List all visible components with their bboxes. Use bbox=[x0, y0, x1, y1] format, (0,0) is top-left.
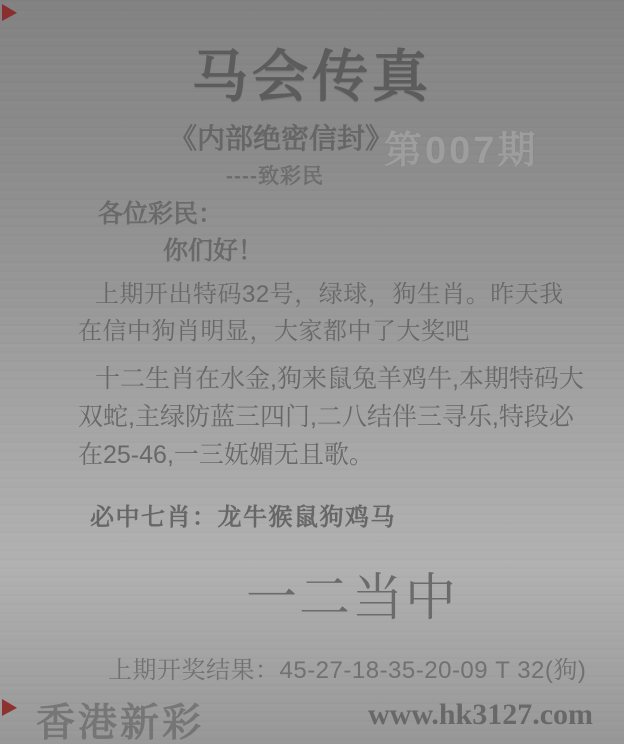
page-title: 马会传真 bbox=[0, 33, 624, 113]
dedication-line: ----致彩民 bbox=[226, 160, 324, 190]
paragraph-last-draw-line: 在信中狗肖明显，大家都中了大奖吧 bbox=[78, 313, 578, 350]
paragraph-last-draw-line: 上期开出特码32号，绿球，狗生肖。昨天我 bbox=[78, 276, 578, 313]
paragraph-tips: 十二生肖在水金,狗来鼠兔羊鸡牛,本期特码大 双蛇,主绿防蓝三四门,二八结伴三寻乐… bbox=[78, 360, 578, 474]
salutation: 各位彩民： bbox=[98, 194, 223, 230]
seven-zodiac-line: 必中七肖：龙牛猴鼠狗鸡马 bbox=[90, 497, 396, 532]
greeting: 你们好！ bbox=[163, 231, 263, 267]
envelope-label: 《内部绝密信封》 bbox=[169, 117, 393, 157]
corner-mark-bottom-left-icon bbox=[2, 699, 17, 716]
corner-mark-top-left-icon bbox=[2, 4, 17, 21]
paragraph-tips-line: 十二生肖在水金,狗来鼠兔羊鸡牛,本期特码大 bbox=[78, 360, 578, 398]
issue-number: 第007期 bbox=[384, 119, 538, 174]
watermark-brand: 香港新彩 bbox=[36, 692, 204, 744]
last-result-line: 上期开奖结果：45-27-18-35-20-09 T 32(狗) bbox=[108, 650, 586, 685]
paragraph-last-draw: 上期开出特码32号，绿球，狗生肖。昨天我 在信中狗肖明显，大家都中了大奖吧 bbox=[78, 276, 578, 350]
watermark-website: www.hk3127.com bbox=[368, 698, 593, 732]
paragraph-tips-line: 双蛇,主绿防蓝三四门,二八结伴三寻乐,特段必 bbox=[78, 398, 578, 436]
paragraph-tips-line: 在25-46,一三妩媚无且歌。 bbox=[78, 436, 578, 474]
fax-letter-page: 马会传真 《内部绝密信封》 第007期 ----致彩民 各位彩民： 你们好！ 上… bbox=[0, 0, 624, 744]
highlight-phrase: 一二当中 bbox=[246, 556, 458, 630]
